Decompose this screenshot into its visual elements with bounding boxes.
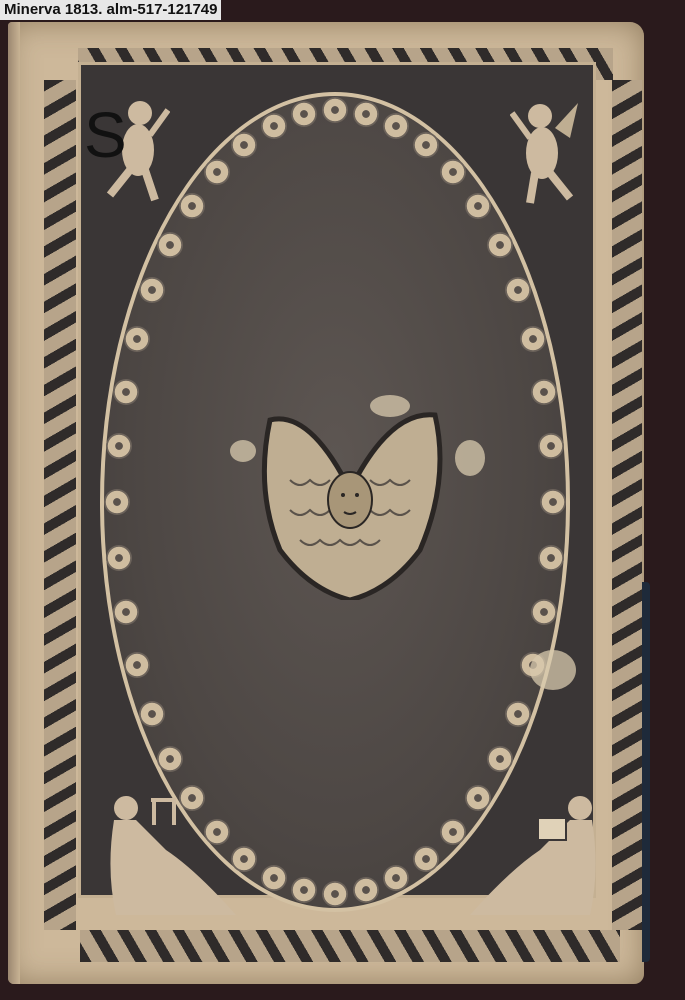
rose-icon	[353, 877, 379, 903]
cherub-top-right-icon	[510, 98, 580, 208]
rose-icon	[124, 326, 150, 352]
rose-icon	[157, 746, 183, 772]
rope-border-bottom	[80, 930, 620, 962]
rose-icon	[322, 97, 348, 123]
rose-icon	[540, 489, 566, 515]
rose-icon	[104, 489, 130, 515]
rose-icon	[261, 113, 287, 139]
book-spine	[8, 22, 20, 984]
rope-border-right	[612, 80, 642, 930]
rose-icon	[353, 101, 379, 127]
rose-icon	[413, 132, 439, 158]
rose-icon	[487, 746, 513, 772]
rope-border-left	[44, 80, 76, 930]
rose-icon	[322, 881, 348, 907]
rose-icon	[179, 193, 205, 219]
rose-icon	[291, 877, 317, 903]
rose-icon	[291, 101, 317, 127]
wear-stain	[455, 440, 485, 476]
rose-icon	[413, 846, 439, 872]
cover-edge	[642, 582, 650, 962]
corner-letter: S	[84, 103, 127, 167]
rose-icon	[124, 652, 150, 678]
image-caption: Minerva 1813. alm-517-121749	[0, 0, 221, 20]
medallion-face-icon	[250, 400, 450, 600]
rose-icon	[139, 277, 165, 303]
rose-icon	[139, 701, 165, 727]
muse-with-lyre-icon	[96, 790, 246, 920]
rose-icon	[538, 433, 564, 459]
rose-icon	[113, 379, 139, 405]
muse-reading-icon	[460, 790, 610, 920]
rose-icon	[487, 232, 513, 258]
rose-icon	[538, 545, 564, 571]
rose-icon	[465, 193, 491, 219]
rose-icon	[531, 379, 557, 405]
rose-icon	[440, 159, 466, 185]
rose-icon	[106, 545, 132, 571]
wear-stain	[530, 650, 576, 690]
rose-icon	[261, 865, 287, 891]
